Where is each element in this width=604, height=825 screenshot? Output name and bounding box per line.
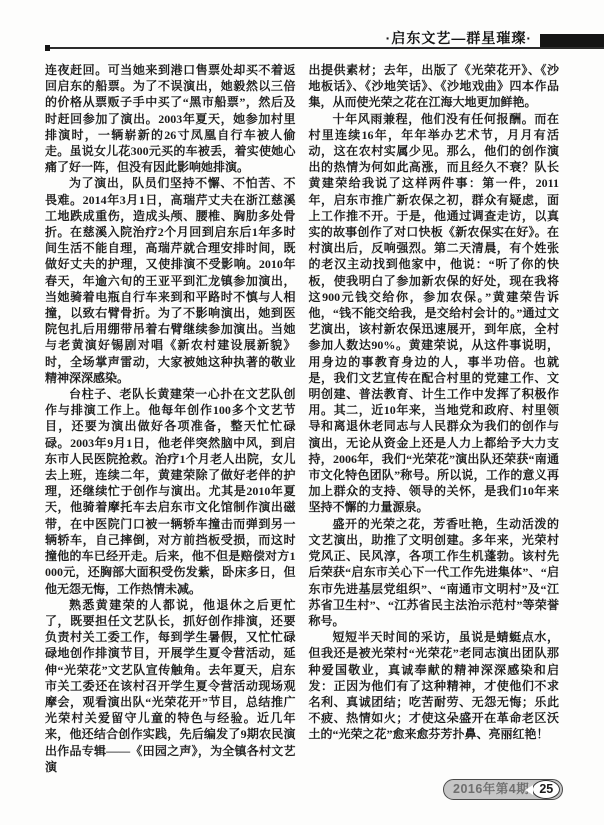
paragraph-right-3: 盛开的光荣之花，芳香吐艳，生动活泼的文艺演出，助推了文明创建。多年来，光荣村党风… — [309, 516, 560, 629]
paragraph-left-4: 熟悉黄建荣的人都说，他退休之后更忙了，既要担任文艺队长，抓好创作排演，还要负责村… — [45, 597, 296, 775]
footer-issue-badge: 2016年第4期 25 — [443, 779, 563, 800]
magazine-page: ·启东文艺—群星璀璨· 连夜赶回。可当她来到港口售票处却买不着返回启东的船票。为… — [0, 0, 604, 825]
right-column: 出提供素材；去年，出版了《光荣花开》、《沙地板话》、《沙地笑话》、《沙地戏曲》四… — [309, 62, 560, 775]
paragraph-left-2: 为了演出，队员们坚持不懈、不怕苦、不畏难。2014年3月1日，高瑞芹丈夫在浙江慈… — [45, 175, 296, 386]
paragraph-left-1: 连夜赶回。可当她来到港口售票处却买不着返回启东的船票。为了不误演出，她毅然以三倍… — [45, 62, 296, 175]
left-column: 连夜赶回。可当她来到港口售票处却买不着返回启东的船票。为了不误演出，她毅然以三倍… — [45, 62, 296, 775]
arrow-left-icon — [525, 785, 533, 795]
header-black-block — [540, 34, 604, 48]
page-number-badge: 25 — [532, 780, 560, 799]
paragraph-right-4: 短短半天时间的采访，虽说是蜻蜓点水，但我还是被光荣村“光荣花”老同志演出团队那种… — [309, 629, 560, 742]
article-body: 连夜赶回。可当她来到港口售票处却买不着返回启东的船票。为了不误演出，她毅然以三倍… — [45, 62, 559, 775]
page-number: 25 — [539, 783, 553, 796]
paragraph-right-1: 出提供素材；去年，出版了《光荣花开》、《沙地板话》、《沙地笑话》、《沙地戏曲》四… — [309, 62, 560, 111]
issue-label: 2016年第4期 — [453, 783, 529, 796]
header-title: ·启东文艺—群星璀璨· — [386, 28, 532, 48]
rule-left-tick — [45, 45, 50, 51]
paragraph-left-3: 台柱子、老队长黄建荣一心扑在文艺队创作与排演工作上。他每年创作100多个文艺节目… — [45, 386, 296, 597]
paragraph-right-2: 十年风雨兼程，他们没有任何报酬。而在村里连续16年，年年举办艺术节，月月有活动，… — [309, 111, 560, 516]
header-rule — [45, 47, 604, 49]
